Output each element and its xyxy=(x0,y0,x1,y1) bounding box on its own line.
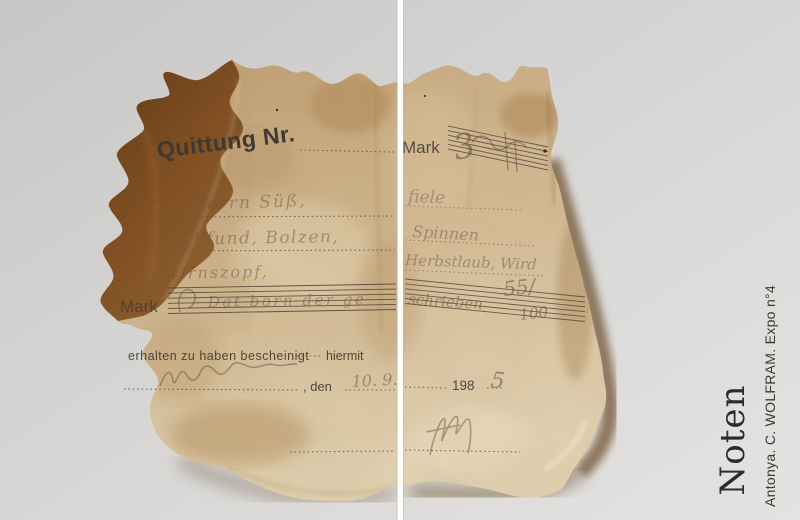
hw-year-digit: 5 xyxy=(489,368,506,394)
hw-row3-left: Zwirnszopf, xyxy=(151,262,269,283)
photo-seam-line xyxy=(397,0,405,520)
artwork-credit-vertical: Antonya. C. WOLFRAM. Expo n°4 xyxy=(762,285,778,507)
hw-mark-row-left: Dat born der ge xyxy=(207,290,367,311)
received-certified-text: erhalten zu haben bescheinigt xyxy=(128,349,309,363)
receipt-photograph: Quittung Nr. Mark Mark erhalten zu haben… xyxy=(0,0,800,520)
hw-fraction-denominator: 100 xyxy=(519,303,550,324)
year-printed-text: 198 xyxy=(452,378,475,393)
hw-row2-left: 70 Pfund, Bolzen, xyxy=(162,227,340,250)
hereby-text: hiermit xyxy=(326,349,364,363)
hw-fraction-numerator: 55/ xyxy=(502,274,539,301)
hw-row1-right: fiele xyxy=(406,187,446,208)
hw-row1-left: Herrn Süß, xyxy=(188,191,306,215)
mark-mid-label: Mark xyxy=(120,297,158,316)
comma-den-text: , den xyxy=(303,379,332,394)
exhibition-photo-page: Quittung Nr. Mark Mark erhalten zu haben… xyxy=(0,0,800,520)
artwork-title-vertical: Noten xyxy=(713,385,753,496)
mark-top-label: Mark xyxy=(402,138,440,157)
hw-date: 10. 9. xyxy=(351,370,398,391)
hw-row2-right: Spinnen xyxy=(412,222,480,244)
